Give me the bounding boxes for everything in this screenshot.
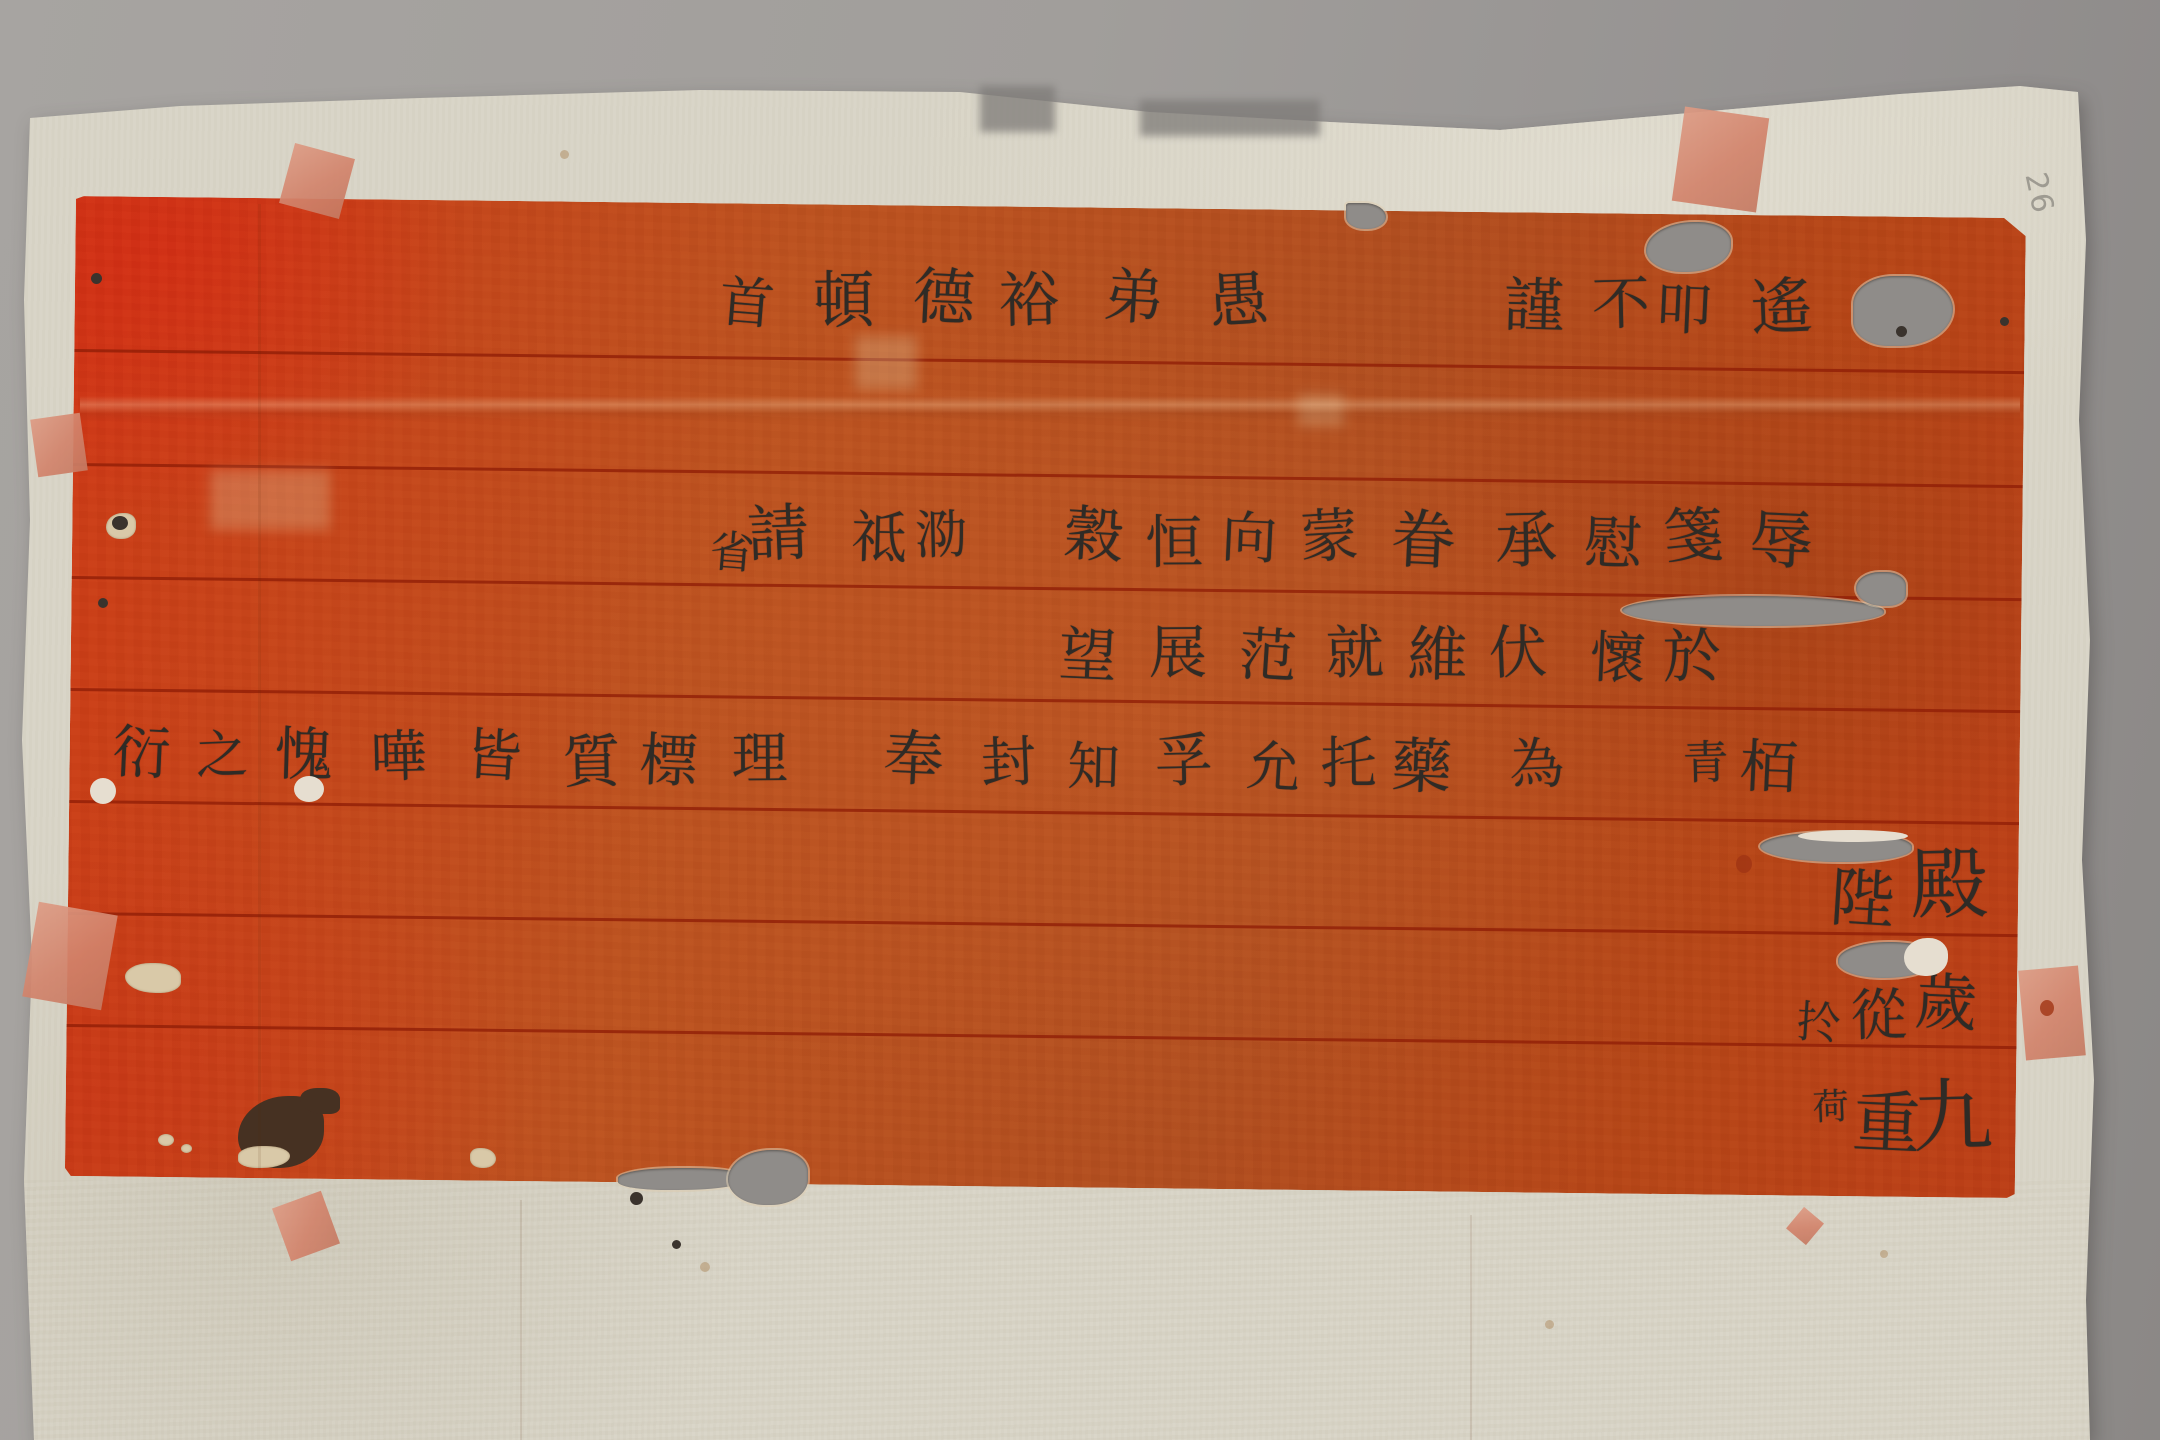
- calligraphy-character: 托: [1320, 736, 1376, 792]
- calligraphy-character: 遙: [1750, 275, 1815, 339]
- light-stain: [210, 470, 330, 530]
- patch-red-dot: [2040, 1000, 2054, 1016]
- calligraphy-character: 歲: [1914, 971, 1979, 1036]
- calligraphy-character: 理: [731, 732, 787, 788]
- calligraphy-character: 恒: [1145, 513, 1203, 571]
- calligraphy-character: 衍: [111, 722, 172, 783]
- calligraphy-character: 向: [1220, 510, 1279, 569]
- calligraphy-character: 展: [1149, 623, 1207, 681]
- calligraphy-character: 望: [1058, 625, 1119, 686]
- patch-left-mid: [30, 413, 88, 477]
- calligraphy-character: 藥: [1390, 736, 1453, 799]
- chip-bottom: [181, 1144, 192, 1153]
- calligraphy-character: 省: [708, 530, 755, 577]
- splash-bottom-blob: [728, 1150, 808, 1205]
- black-speck: [91, 273, 102, 284]
- calligraphy-character: 懷: [1589, 630, 1648, 689]
- calligraphy-character: 之: [195, 729, 249, 783]
- fox-spot: [560, 150, 569, 159]
- calligraphy-character: 穀: [1062, 504, 1126, 568]
- calligraphy-character: 就: [1325, 623, 1384, 682]
- paper-mottling: [65, 196, 2026, 1198]
- ink-speck: [2000, 317, 2009, 326]
- gray-dot: [672, 1240, 681, 1249]
- chip-bottom: [470, 1148, 496, 1168]
- calligraphy-character: 不: [1591, 274, 1650, 333]
- calligraphy-character: 承: [1494, 509, 1557, 572]
- ink-speck: [1896, 326, 1907, 337]
- paper-chip: [1904, 938, 1948, 976]
- fox-spot: [700, 1262, 710, 1272]
- calligraphy-character: 德: [911, 265, 976, 330]
- patch-bottom-left: [22, 902, 117, 1010]
- calligraphy-character: 維: [1407, 625, 1469, 687]
- calligraphy-character: 首: [717, 274, 776, 333]
- mount-crease: [520, 1200, 522, 1440]
- patch-top-center: [1672, 107, 1769, 213]
- calligraphy-character: 於: [1662, 627, 1721, 686]
- calligraphy-character: 愚: [1207, 269, 1270, 332]
- calligraphy-character: 頓: [813, 270, 875, 332]
- calligraphy-character: 從: [1850, 988, 1907, 1045]
- calligraphy-character: 質: [562, 732, 621, 791]
- hole-top-edge-notch: [1346, 203, 1386, 229]
- chip-bottom: [158, 1134, 174, 1146]
- letter-sheet: 遙叩不謹愚弟裕德頓首辱箋慰承眷蒙向恒穀泐祗請省於懷伏維就范展望栢青為藥托允孚知封…: [65, 196, 2026, 1198]
- calligraphy-character: 泐: [915, 509, 968, 562]
- fox-spot: [1880, 1250, 1888, 1258]
- light-stain: [855, 336, 917, 390]
- calligraphy-character: 祗: [850, 510, 908, 568]
- calligraphy-character: 嘩: [370, 729, 427, 786]
- fold-crease: [80, 396, 2020, 422]
- calligraphy-character: 允: [1245, 739, 1302, 796]
- calligraphy-character: 范: [1237, 625, 1299, 687]
- calligraphy-character: 青: [1682, 739, 1729, 786]
- calligraphy-character: 荷: [1812, 1089, 1849, 1126]
- chip-near-char: [294, 776, 324, 802]
- calligraphy-character: 皆: [464, 727, 523, 786]
- calligraphy-character: 為: [1508, 736, 1565, 793]
- calligraphy-character: 眷: [1390, 508, 1457, 575]
- calligraphy-character: 知: [1067, 741, 1120, 794]
- calligraphy-character: 九: [1912, 1076, 1994, 1158]
- calligraphy-character: 孚: [1154, 731, 1213, 790]
- mount-crease: [1470, 1215, 1472, 1440]
- edge-smudge: [1140, 100, 1320, 136]
- crack-mid-right-tip: [1856, 572, 1906, 606]
- calligraphy-character: 殿: [1909, 845, 1989, 925]
- black-speck: [98, 598, 108, 608]
- photograph-of-letter: 遙叩不謹愚弟裕德頓首辱箋慰承眷蒙向恒穀泐祗請省於懷伏維就范展望栢青為藥托允孚知封…: [0, 0, 2160, 1440]
- gray-dot: [630, 1192, 643, 1205]
- calligraphy-character: 弟: [1102, 266, 1166, 330]
- calligraphy-character: 愧: [274, 725, 334, 785]
- calligraphy-character: 謹: [1503, 276, 1565, 338]
- calligraphy-character: 扵: [1795, 1000, 1842, 1047]
- calligraphy-character: 封: [980, 734, 1037, 791]
- chip-red-edge: [90, 778, 116, 804]
- calligraphy-character: 栢: [1738, 737, 1799, 798]
- edge-smudge: [980, 86, 1055, 132]
- fox-spot: [1545, 1320, 1554, 1329]
- calligraphy-character: 裕: [998, 270, 1059, 331]
- calligraphy-character: 箋: [1662, 505, 1724, 567]
- paper-chip: [1798, 830, 1908, 842]
- calligraphy-character: 辱: [1748, 508, 1815, 575]
- calligraphy-character: 伏: [1488, 622, 1548, 682]
- calligraphy-character: 標: [638, 730, 699, 791]
- calligraphy-character: 重: [1851, 1089, 1922, 1160]
- calligraphy-character: 蒙: [1299, 506, 1360, 567]
- fold-crease-v: [258, 204, 261, 1170]
- calligraphy-character: 慰: [1583, 514, 1643, 574]
- red-stain-dot: [1736, 855, 1752, 873]
- calligraphy-character: 陛: [1828, 866, 1896, 934]
- calligraphy-character: 奉: [882, 728, 945, 791]
- dark-chip: [112, 516, 128, 530]
- calligraphy-character: 叩: [1655, 282, 1712, 339]
